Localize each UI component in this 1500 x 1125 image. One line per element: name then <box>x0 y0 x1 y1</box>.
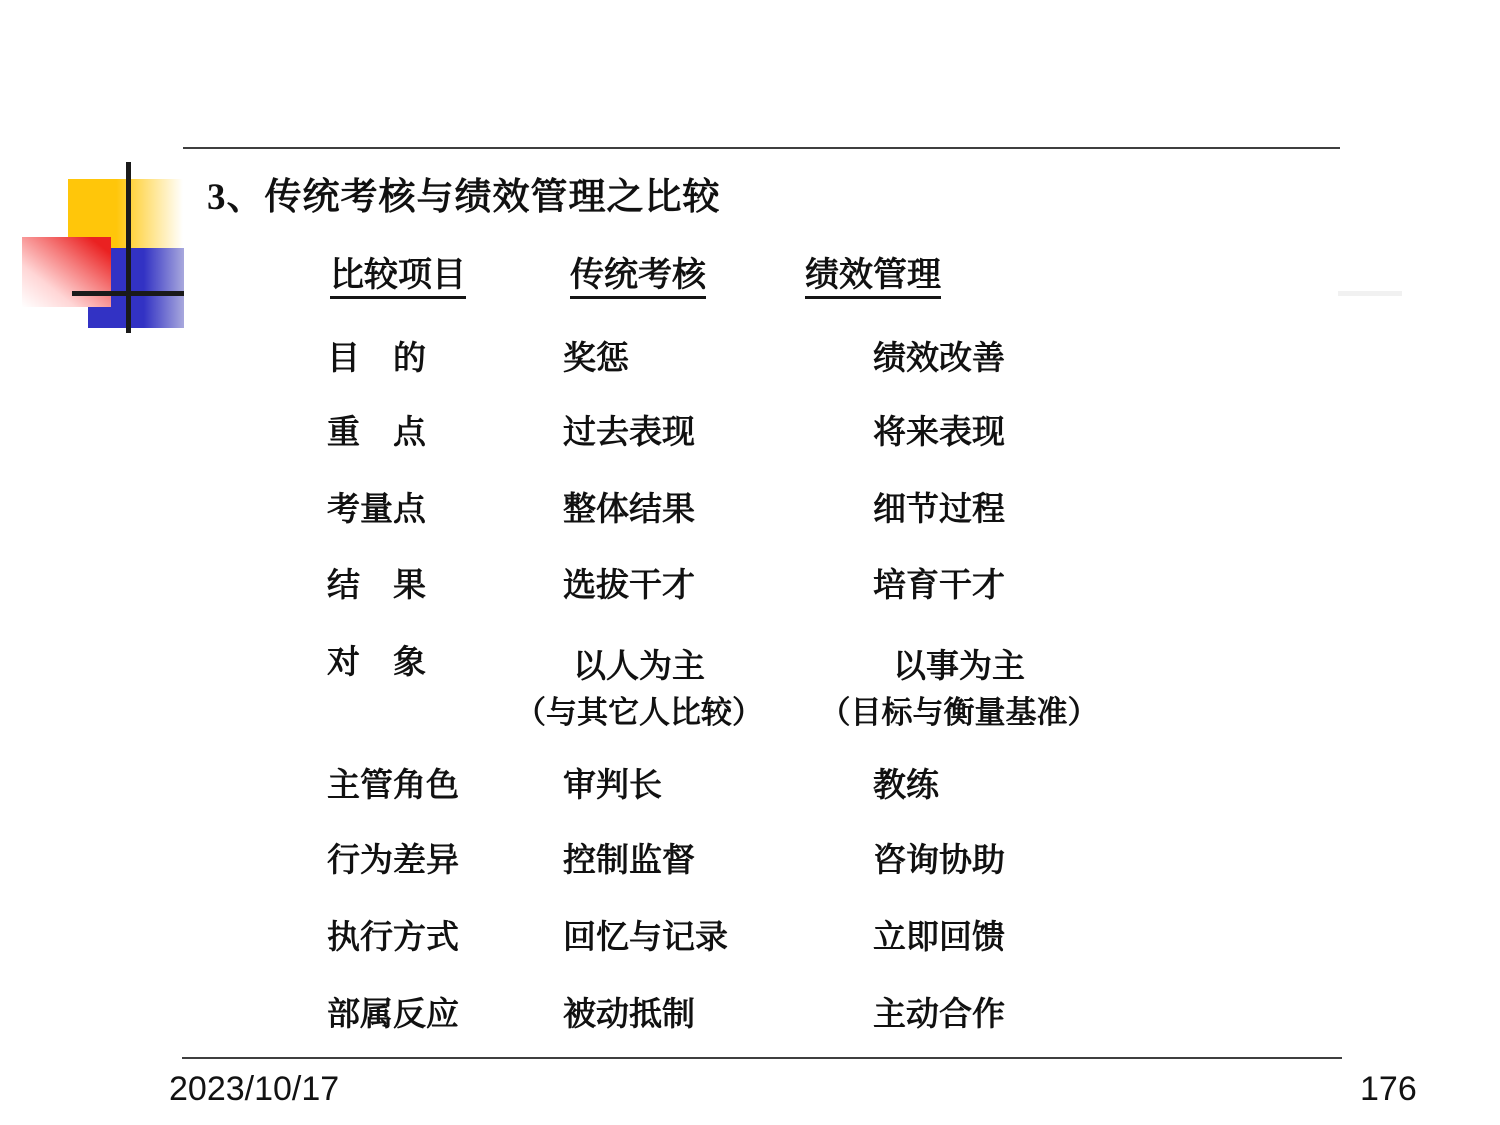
row-traditional-value: 选拔干才 <box>563 568 695 604</box>
col-header-performance-management: 绩效管理 <box>805 258 941 299</box>
row-performance-value: 教练 <box>873 768 939 804</box>
red-square <box>22 237 111 307</box>
table-row: 结 果 选拔干才 培育干才 <box>0 568 1500 610</box>
table-row: 部属反应 被动抵制 主动合作 <box>0 997 1500 1039</box>
row-item-label: 考量点 <box>327 492 426 528</box>
row-performance-value: 将来表现 <box>873 415 1005 451</box>
row-performance-value: 咨询协助 <box>873 843 1005 879</box>
row-traditional-value: 以人为主 （与其它人比较） <box>495 645 783 735</box>
row-performance-main: 以事为主 <box>814 645 1104 690</box>
col-header-traditional-appraisal: 传统考核 <box>570 258 706 299</box>
row-item-label: 对 象 <box>327 645 426 681</box>
table-row: 重 点 过去表现 将来表现 <box>0 415 1500 457</box>
row-traditional-value: 审判长 <box>563 768 662 804</box>
row-item-label: 重 点 <box>327 415 426 451</box>
table-row: 对 象 以人为主 （与其它人比较） 以事为主 （目标与衡量基准） <box>0 645 1500 735</box>
row-performance-value: 立即回馈 <box>873 920 1005 956</box>
crosshair-vertical-line-icon <box>126 162 131 333</box>
top-rule <box>183 147 1340 149</box>
table-row: 考量点 整体结果 细节过程 <box>0 492 1500 534</box>
row-traditional-value: 整体结果 <box>563 492 695 528</box>
row-performance-value: 细节过程 <box>873 492 1005 528</box>
row-performance-value: 主动合作 <box>873 997 1005 1033</box>
row-item-label: 主管角色 <box>327 768 459 804</box>
faint-right-line <box>1338 291 1402 296</box>
crosshair-horizontal-line-icon <box>72 291 184 296</box>
slide-canvas: 3、传统考核与绩效管理之比较 比较项目 传统考核 绩效管理 目 的 奖惩 绩效改… <box>0 0 1500 1125</box>
row-traditional-value: 控制监督 <box>563 843 695 879</box>
row-item-label: 部属反应 <box>327 997 459 1033</box>
row-traditional-main: 以人为主 <box>495 645 783 690</box>
row-item-label: 结 果 <box>327 568 426 604</box>
row-traditional-value: 被动抵制 <box>563 997 695 1033</box>
footer-date: 2023/10/17 <box>169 1071 339 1107</box>
row-item-label: 目 的 <box>327 341 426 377</box>
table-row: 主管角色 审判长 教练 <box>0 768 1500 810</box>
row-item-label: 行为差异 <box>327 843 459 879</box>
table-row: 目 的 奖惩 绩效改善 <box>0 341 1500 383</box>
row-performance-value: 培育干才 <box>873 568 1005 604</box>
row-traditional-value: 回忆与记录 <box>563 920 728 956</box>
slide-title: 3、传统考核与绩效管理之比较 <box>207 178 721 218</box>
table-row: 行为差异 控制监督 咨询协助 <box>0 843 1500 885</box>
row-traditional-note: （与其它人比较） <box>495 690 783 735</box>
table-row: 执行方式 回忆与记录 立即回馈 <box>0 920 1500 962</box>
row-performance-value: 以事为主 （目标与衡量基准） <box>814 645 1104 735</box>
bottom-rule <box>182 1057 1342 1059</box>
row-traditional-value: 奖惩 <box>563 341 629 377</box>
row-performance-note: （目标与衡量基准） <box>814 690 1104 735</box>
col-header-comparison-item: 比较项目 <box>330 258 466 299</box>
page-number: 176 <box>1360 1071 1417 1107</box>
row-performance-value: 绩效改善 <box>873 341 1005 377</box>
row-item-label: 执行方式 <box>327 920 459 956</box>
row-traditional-value: 过去表现 <box>563 415 695 451</box>
